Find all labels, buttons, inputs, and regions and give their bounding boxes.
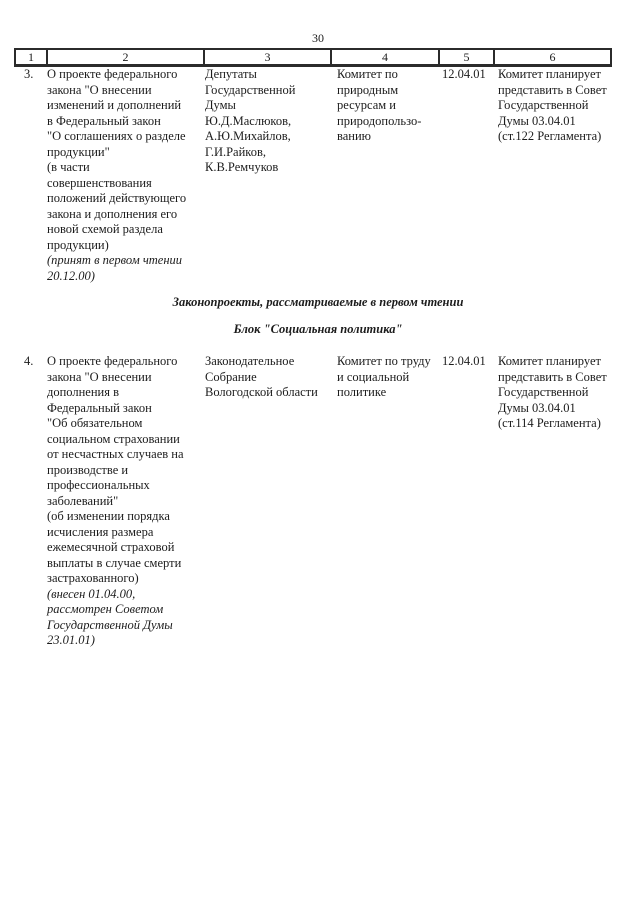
bill-title-cell: О проекте федерального закона "О внесени… <box>47 67 203 284</box>
bill-initiator: Законодательное Собрание Вологодской обл… <box>203 354 330 649</box>
consideration-date: 12.04.01 <box>438 67 493 284</box>
consideration-date: 12.04.01 <box>438 354 493 649</box>
committee-plan: Комитет планирует представить в Совет Го… <box>493 67 612 284</box>
table-header-cell-4: 4 <box>332 50 440 64</box>
bill-initiator: Депутаты Государственной Думы Ю.Д.Маслюк… <box>203 67 330 284</box>
table-header-cell-5: 5 <box>440 50 495 64</box>
page-number: 30 <box>15 31 621 45</box>
table-header-cell-1: 1 <box>16 50 48 64</box>
table-header-cell-3: 3 <box>205 50 332 64</box>
bill-note: (внесен 01.04.00, рассмотрен Советом Гос… <box>47 587 201 649</box>
section-heading: Законопроекты, рассматриваемые в первом … <box>15 294 621 310</box>
table-row: 4. О проекте федерального закона "О внес… <box>14 354 612 649</box>
bill-title: О проекте федерального закона "О внесени… <box>47 354 201 587</box>
table-header-cell-2: 2 <box>48 50 205 64</box>
table-header-cell-6: 6 <box>495 50 610 64</box>
responsible-committee: Комитет по природным ресурсам и природоп… <box>330 67 438 284</box>
block-heading: Блок "Социальная политика" <box>15 321 621 337</box>
table-header-row: 1 2 3 4 5 6 <box>14 48 612 67</box>
bill-title: О проекте федерального закона "О внесени… <box>47 67 201 253</box>
table-row: 3. О проекте федерального закона "О внес… <box>14 67 612 284</box>
committee-plan: Комитет планирует представить в Совет Го… <box>493 354 612 649</box>
row-number: 4. <box>14 354 47 649</box>
responsible-committee: Комитет по труду и социальной политике <box>330 354 438 649</box>
bill-note: (принят в первом чтении 20.12.00) <box>47 253 201 284</box>
bill-title-cell: О проекте федерального закона "О внесени… <box>47 354 203 649</box>
document-page: 30 1 2 3 4 5 6 3. О проекте федерального… <box>0 0 640 900</box>
row-number: 3. <box>14 67 47 284</box>
